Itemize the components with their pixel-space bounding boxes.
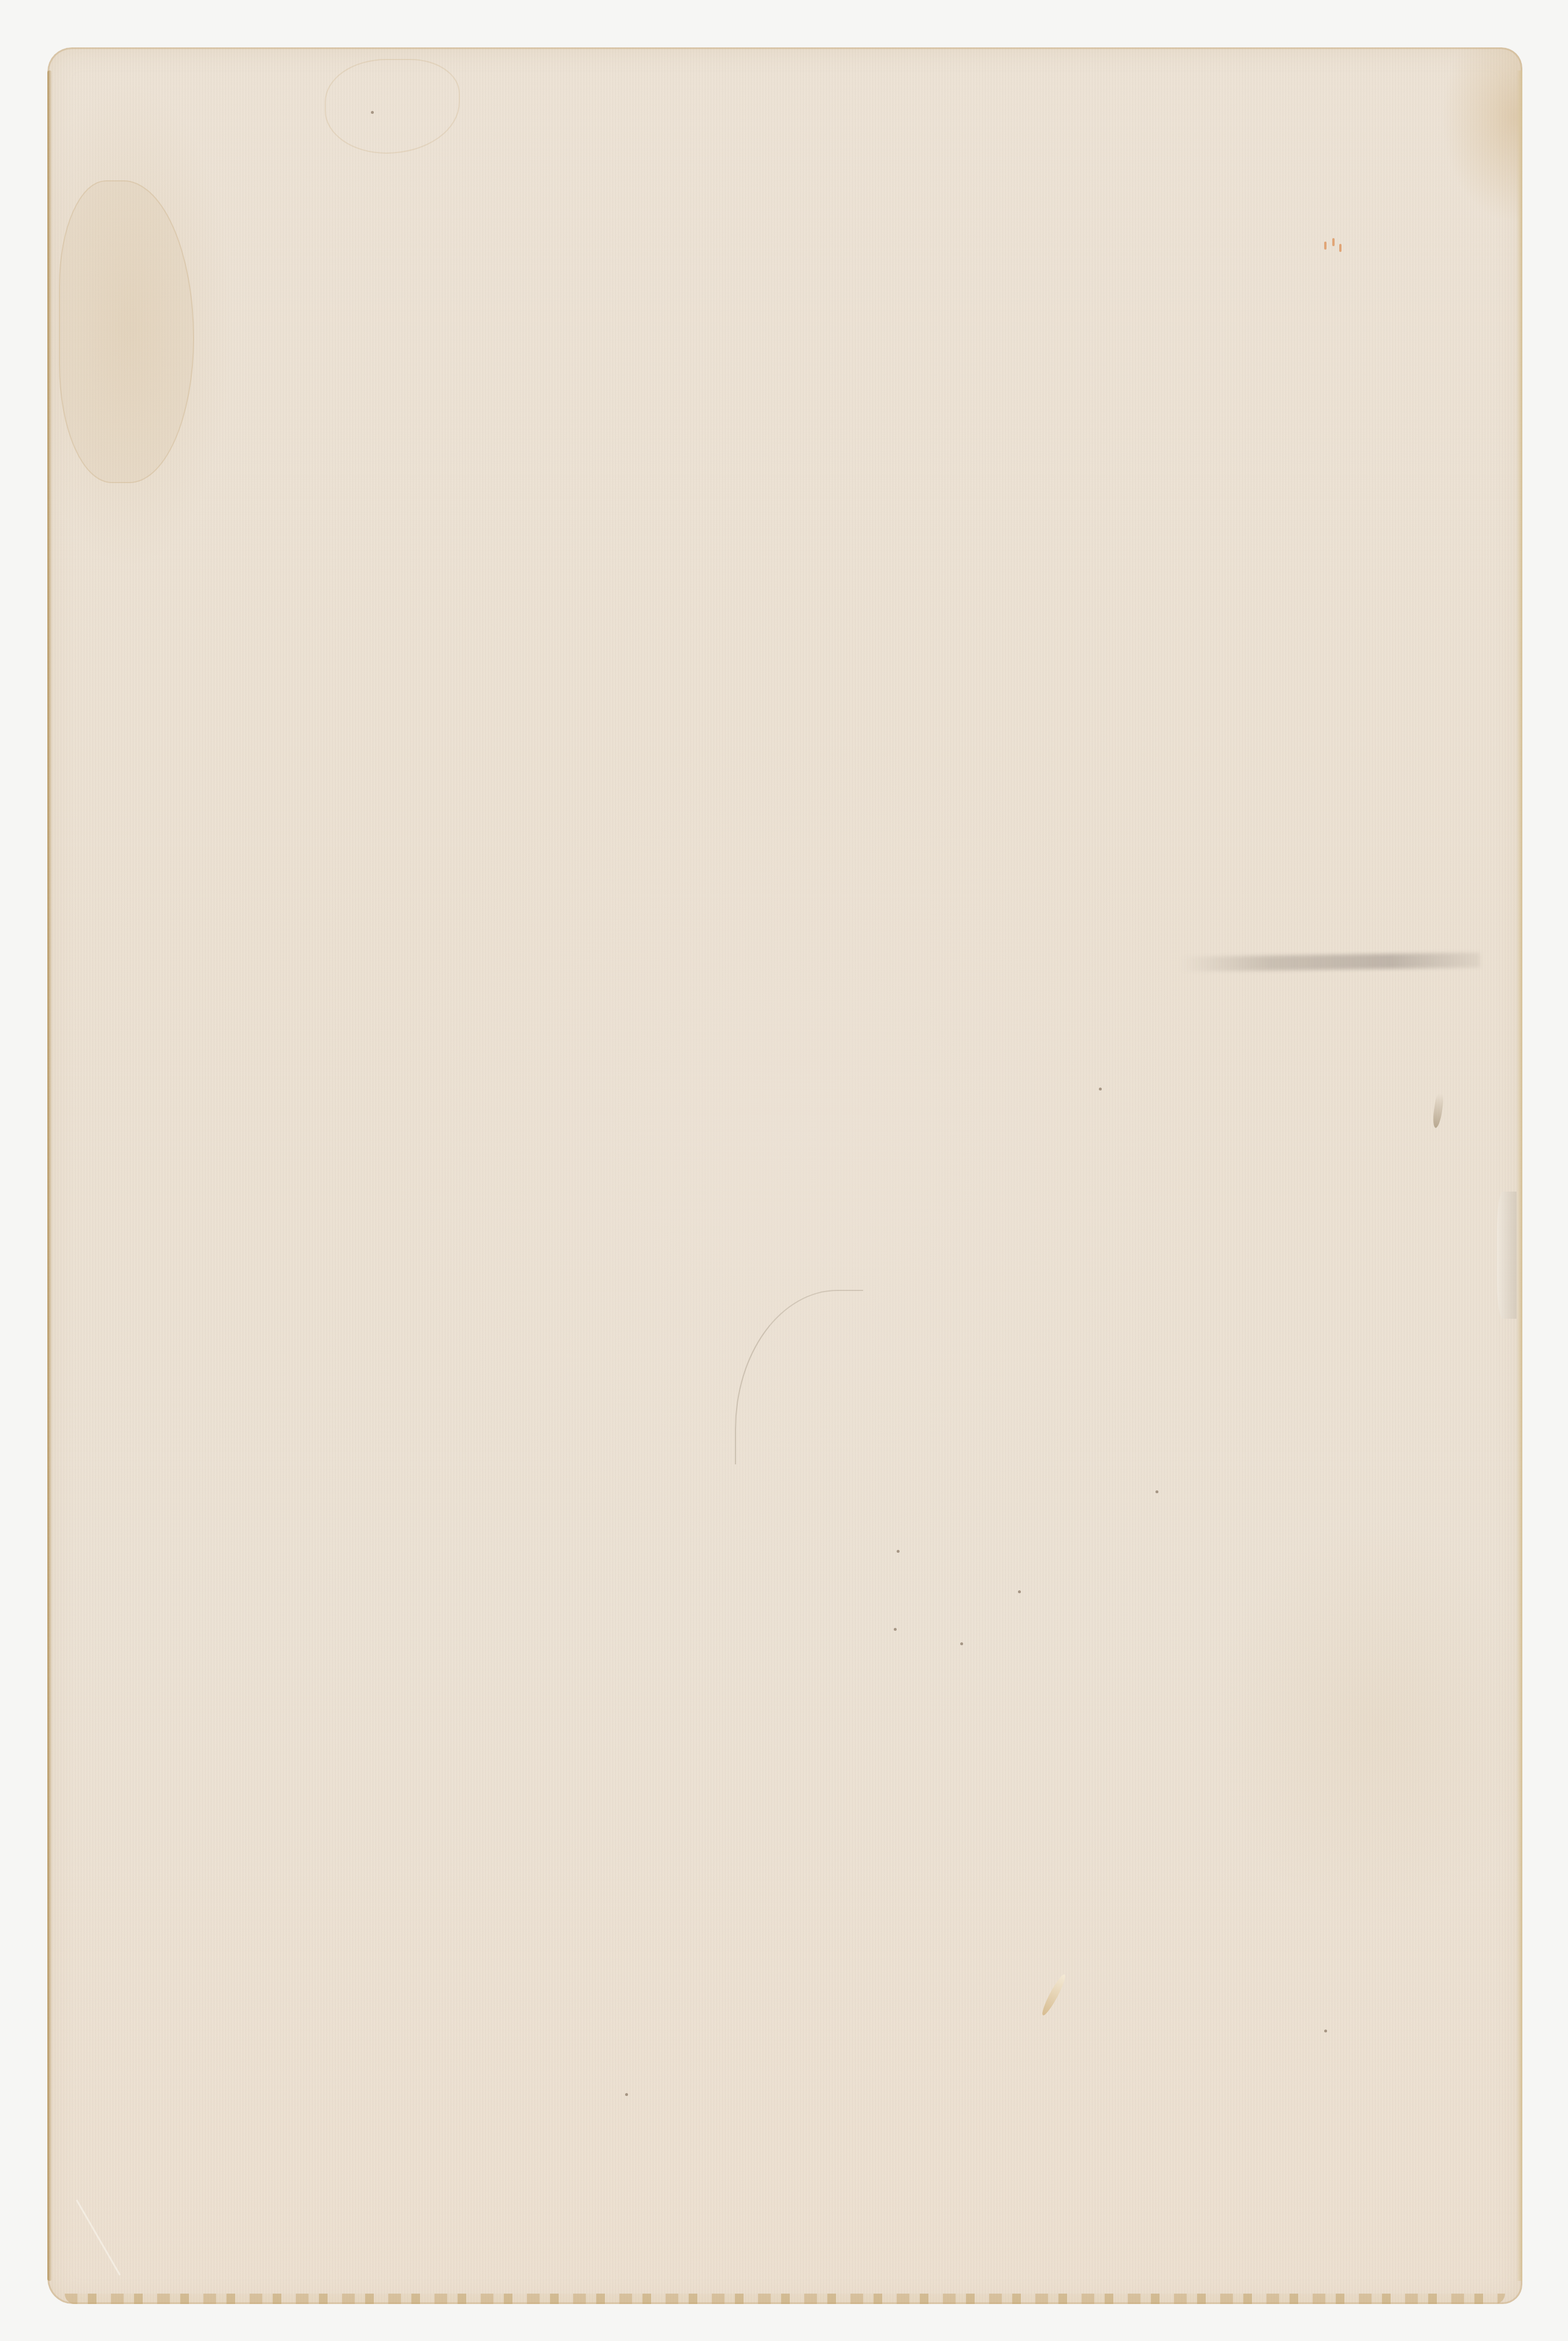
speck: [1155, 1490, 1158, 1493]
speck: [897, 1550, 900, 1553]
speck: [625, 2093, 628, 2096]
abraded-edge-patch: [1497, 1192, 1517, 1319]
water-stain-top: [325, 59, 460, 154]
pencil-smudge: [1180, 952, 1480, 971]
speck: [1099, 1088, 1102, 1090]
speck: [894, 1628, 897, 1631]
small-tear: [1432, 1093, 1444, 1128]
water-stain-left: [59, 180, 194, 483]
card-right-edge: [1517, 71, 1522, 2281]
surface-scratch: [1039, 1972, 1068, 2017]
speck: [1018, 1590, 1021, 1593]
ragged-bottom-edge: [65, 2294, 1505, 2304]
speck: [1324, 2030, 1327, 2032]
curved-impression: [735, 1290, 863, 1464]
speck: [960, 1642, 963, 1645]
cabinet-card-back: [47, 47, 1522, 2304]
speck: [371, 111, 374, 114]
foxing-spots: [1324, 238, 1347, 261]
card-left-edge: [47, 71, 52, 2281]
